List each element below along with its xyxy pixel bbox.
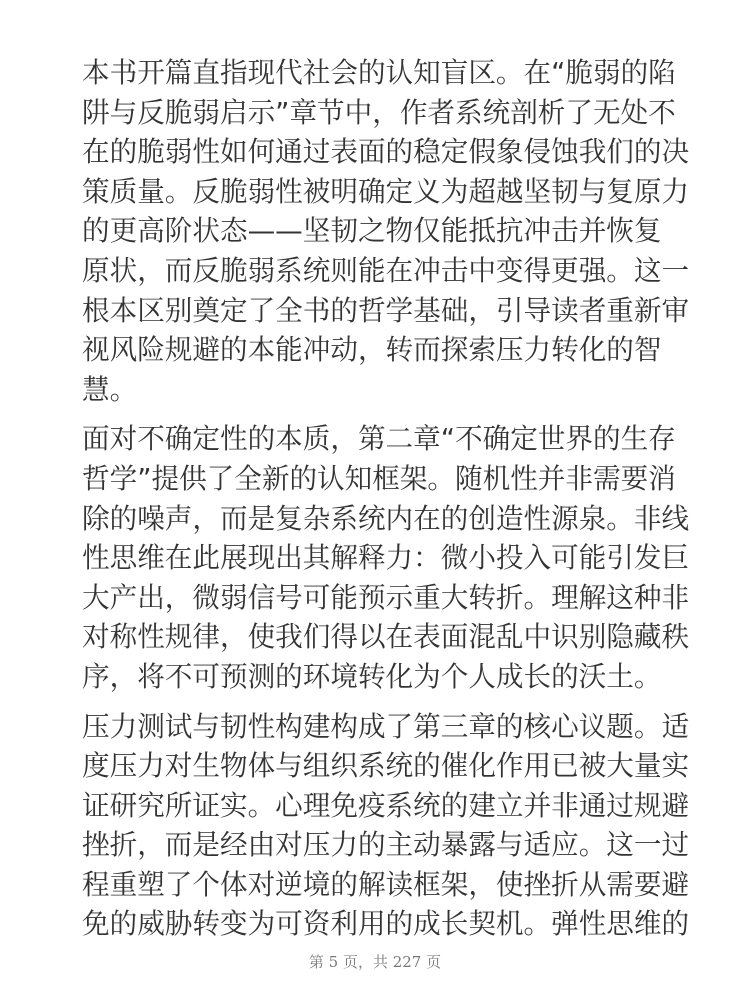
text-line: 在的脆弱性如何通过表面的稳定假象侵蚀我们的决 (82, 132, 668, 172)
text-line: 免的威胁转变为可资利用的成长契机。弹性思维的 (82, 904, 668, 944)
text-line: 本书开篇直指现代社会的认知盲区。在“脆弱的陷 (82, 53, 668, 93)
paragraph-1: 本书开篇直指现代社会的认知盲区。在“脆弱的陷 阱与反脆弱启示”章节中，作者系统剖… (82, 53, 668, 409)
text-line: 序，将不可预测的环境转化为个人成长的沃土。 (82, 657, 668, 697)
text-line: 慧。 (82, 370, 668, 410)
paragraph-2: 面对不确定性的本质，第二章“不确定世界的生存 哲学”提供了全新的认知框架。随机性… (82, 419, 668, 696)
text-line: 的更高阶状态——坚韧之物仅能抵抗冲击并恢复 (82, 211, 668, 251)
text-line: 除的噪声，而是复杂系统内在的创造性源泉。非线 (82, 499, 668, 539)
text-line: 证研究所证实。心理免疫系统的建立并非通过规避 (82, 786, 668, 826)
paragraph-3: 压力测试与韧性构建构成了第三章的核心议题。适 度压力对生物体与组织系统的催化作用… (82, 707, 668, 945)
text-line: 程重塑了个体对逆境的解读框架，使挫折从需要避 (82, 865, 668, 905)
text-line: 大产出，微弱信号可能预示重大转折。理解这种非 (82, 578, 668, 618)
text-line: 根本区别奠定了全书的哲学基础，引导读者重新审 (82, 291, 668, 331)
text-line: 性思维在此展现出其解释力：微小投入可能引发巨 (82, 538, 668, 578)
text-line: 阱与反脆弱启示”章节中，作者系统剖析了无处不 (82, 93, 668, 133)
document-body: 本书开篇直指现代社会的认知盲区。在“脆弱的陷 阱与反脆弱启示”章节中，作者系统剖… (82, 53, 668, 954)
text-line: 原状，而反脆弱系统则能在冲击中变得更强。这一 (82, 251, 668, 291)
text-line: 对称性规律，使我们得以在表面混乱中识别隐藏秩 (82, 617, 668, 657)
text-line: 度压力对生物体与组织系统的催化作用已被大量实 (82, 746, 668, 786)
text-line: 策质量。反脆弱性被明确定义为超越坚韧与复原力 (82, 172, 668, 212)
text-line: 挫折，而是经由对压力的主动暴露与适应。这一过 (82, 825, 668, 865)
text-line: 压力测试与韧性构建构成了第三章的核心议题。适 (82, 707, 668, 747)
text-line: 视风险规避的本能冲动，转而探索压力转化的智 (82, 330, 668, 370)
text-line: 哲学”提供了全新的认知框架。随机性并非需要消 (82, 459, 668, 499)
text-line: 面对不确定性的本质，第二章“不确定世界的生存 (82, 419, 668, 459)
page-indicator: 第 5 页，共 227 页 (0, 951, 750, 972)
